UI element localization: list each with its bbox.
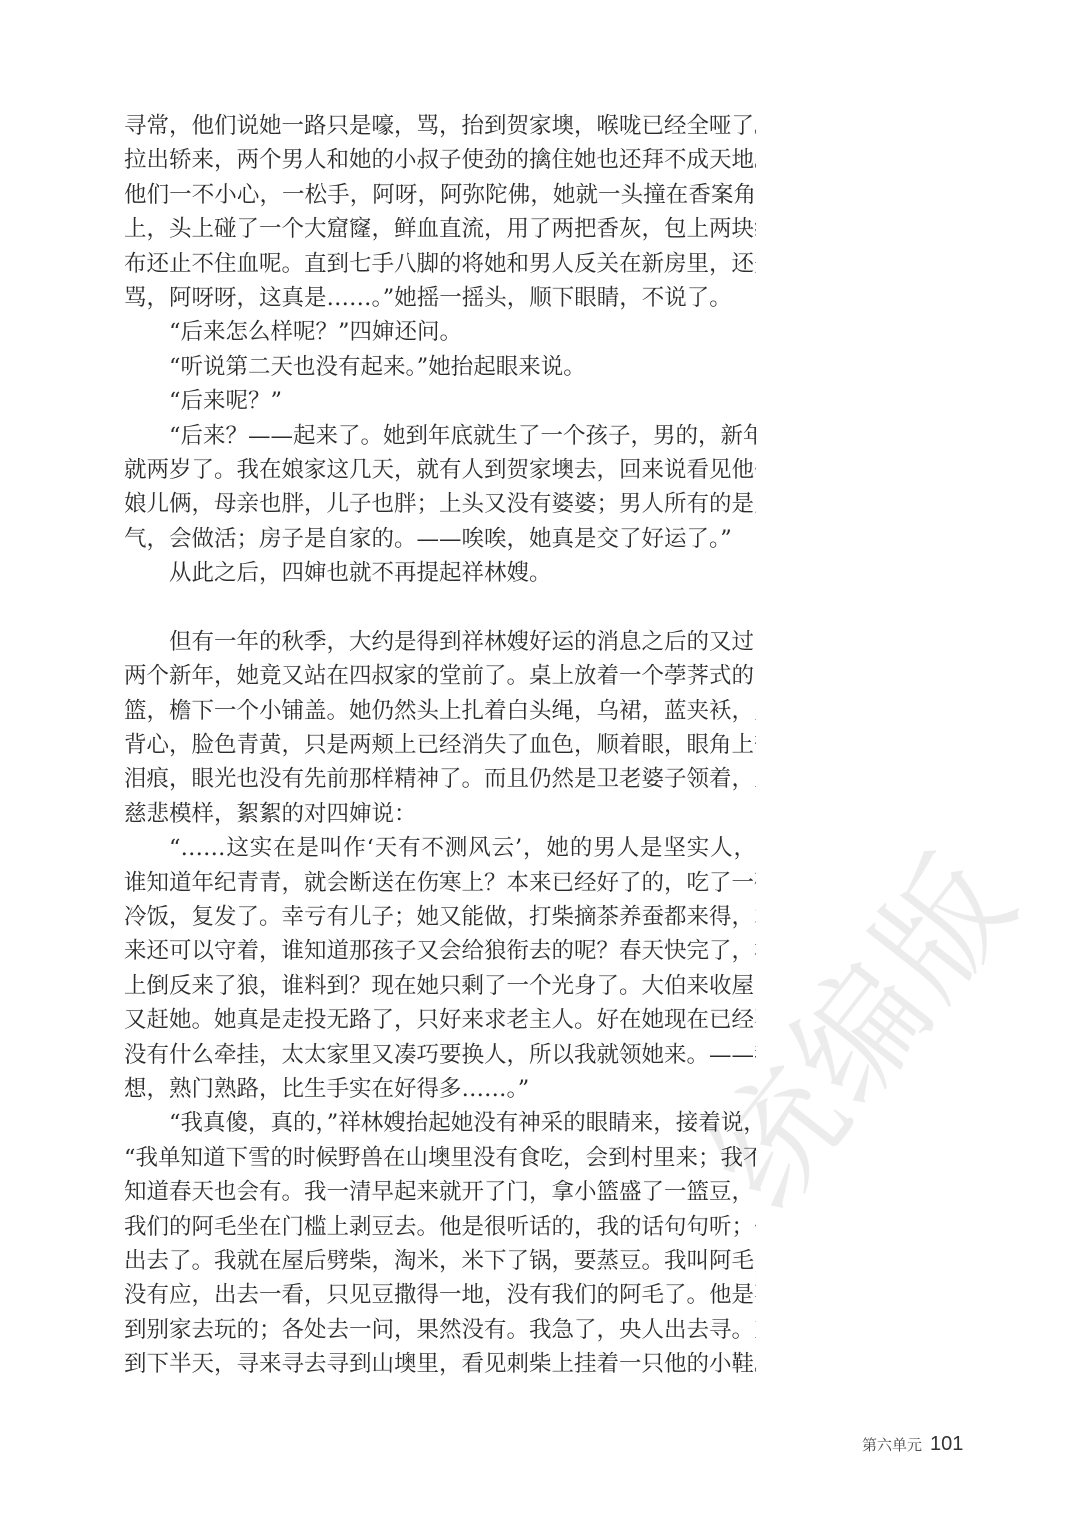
- text-line: 从此之后，四婶也就不再提起祥林嫂。: [124, 556, 756, 590]
- text-line: “后来呢？”: [124, 384, 756, 418]
- text-line: “我真傻，真的，”祥林嫂抬起她没有神采的眼睛来，接着说，: [124, 1106, 756, 1140]
- unit-label: 第六单元: [862, 1434, 922, 1455]
- text-line: 来还可以守着，谁知道那孩子又会给狼衔去的呢？春天快完了，村: [124, 934, 756, 968]
- section-1: 寻常，他们说她一路只是嚎，骂，抬到贺家墺，喉咙已经全哑了。拉出轿来，两个男人和她…: [124, 109, 756, 590]
- page-number: 101: [930, 1433, 963, 1456]
- text-line: 寻常，他们说她一路只是嚎，骂，抬到贺家墺，喉咙已经全哑了。: [124, 109, 756, 143]
- text-line: 没有应，出去一看，只见豆撒得一地，没有我们的阿毛了。他是不: [124, 1278, 756, 1312]
- text-line: 就两岁了。我在娘家这几天，就有人到贺家墺去，回来说看见他们: [124, 453, 756, 487]
- textbook-page: 寻常，他们说她一路只是嚎，骂，抬到贺家墺，喉咙已经全哑了。拉出轿来，两个男人和她…: [0, 0, 1080, 1527]
- text-line: 冷饭，复发了。幸亏有儿子；她又能做，打柴摘茶养蚕都来得，本: [124, 900, 756, 934]
- text-line: “……这实在是叫作‘天有不测风云’，她的男人是坚实人，: [124, 831, 756, 865]
- text-line: 谁知道年纪青青，就会断送在伤寒上？本来已经好了的，吃了一碗: [124, 866, 756, 900]
- text-line: 上倒反来了狼，谁料到？现在她只剩了一个光身了。大伯来收屋，: [124, 969, 756, 1003]
- text-line: 出去了。我就在屋后劈柴，淘米，米下了锅，要蒸豆。我叫阿毛，: [124, 1244, 756, 1278]
- text-line: 骂，阿呀呀，这真是……。”她摇一摇头，顺下眼睛，不说了。: [124, 281, 756, 315]
- text-line: 泪痕，眼光也没有先前那样精神了。而且仍然是卫老婆子领着，显出: [124, 762, 756, 796]
- text-line: “我单知道下雪的时候野兽在山墺里没有食吃，会到村里来；我不: [124, 1141, 756, 1175]
- body-text: 寻常，他们说她一路只是嚎，骂，抬到贺家墺，喉咙已经全哑了。拉出轿来，两个男人和她…: [124, 109, 756, 1381]
- text-line: 又赶她。她真是走投无路了，只好来求老主人。好在她现在已经再: [124, 1003, 756, 1037]
- section-2: 但有一年的秋季，大约是得到祥林嫂好运的消息之后的又过了两个新年，她竟又站在四叔家…: [124, 625, 756, 1382]
- text-line: 到下半天，寻来寻去寻到山墺里，看见刺柴上挂着一只他的小鞋。: [124, 1347, 756, 1381]
- text-line: 拉出轿来，两个男人和她的小叔子使劲的擒住她也还拜不成天地。: [124, 143, 756, 177]
- text-line: 气，会做活；房子是自家的。——唉唉，她真是交了好运了。”: [124, 522, 756, 556]
- text-line: 背心，脸色青黄，只是两颊上已经消失了血色，顺着眼，眼角上带些: [124, 728, 756, 762]
- text-line: 我们的阿毛坐在门槛上剥豆去。他是很听话的，我的话句句听；他: [124, 1210, 756, 1244]
- text-line: 知道春天也会有。我一清早起来就开了门，拿小篮盛了一篮豆，叫: [124, 1175, 756, 1209]
- text-line: “后来怎么样呢？”四婶还问。: [124, 315, 756, 349]
- text-line: 想，熟门熟路，比生手实在好得多……。”: [124, 1072, 756, 1106]
- text-line: 布还止不住血呢。直到七手八脚的将她和男人反关在新房里，还是: [124, 247, 756, 281]
- text-line: 上，头上碰了一个大窟窿，鲜血直流，用了两把香灰，包上两块红: [124, 212, 756, 246]
- text-line: 没有什么牵挂，太太家里又凑巧要换人，所以我就领她来。——我: [124, 1038, 756, 1072]
- text-line: 篮，檐下一个小铺盖。她仍然头上扎着白头绳，乌裙，蓝夹袄，月白: [124, 694, 756, 728]
- text-line: “听说第二天也没有起来。”她抬起眼来说。: [124, 350, 756, 384]
- text-line: 两个新年，她竟又站在四叔家的堂前了。桌上放着一个荸荠式的圆: [124, 659, 756, 693]
- section-break: [124, 590, 756, 624]
- text-line: 他们一不小心，一松手，阿呀，阿弥陀佛，她就一头撞在香案角: [124, 178, 756, 212]
- text-line: 慈悲模样，絮絮的对四婶说：: [124, 797, 756, 831]
- page-footer: 第六单元 101: [862, 1433, 963, 1456]
- text-line: “后来？——起来了。她到年底就生了一个孩子，男的，新年: [124, 419, 756, 453]
- text-line: 娘儿俩，母亲也胖，儿子也胖；上头又没有婆婆；男人所有的是力: [124, 487, 756, 521]
- text-line: 但有一年的秋季，大约是得到祥林嫂好运的消息之后的又过了: [124, 625, 756, 659]
- text-line: 到别家去玩的；各处去一问，果然没有。我急了，央人出去寻。直: [124, 1313, 756, 1347]
